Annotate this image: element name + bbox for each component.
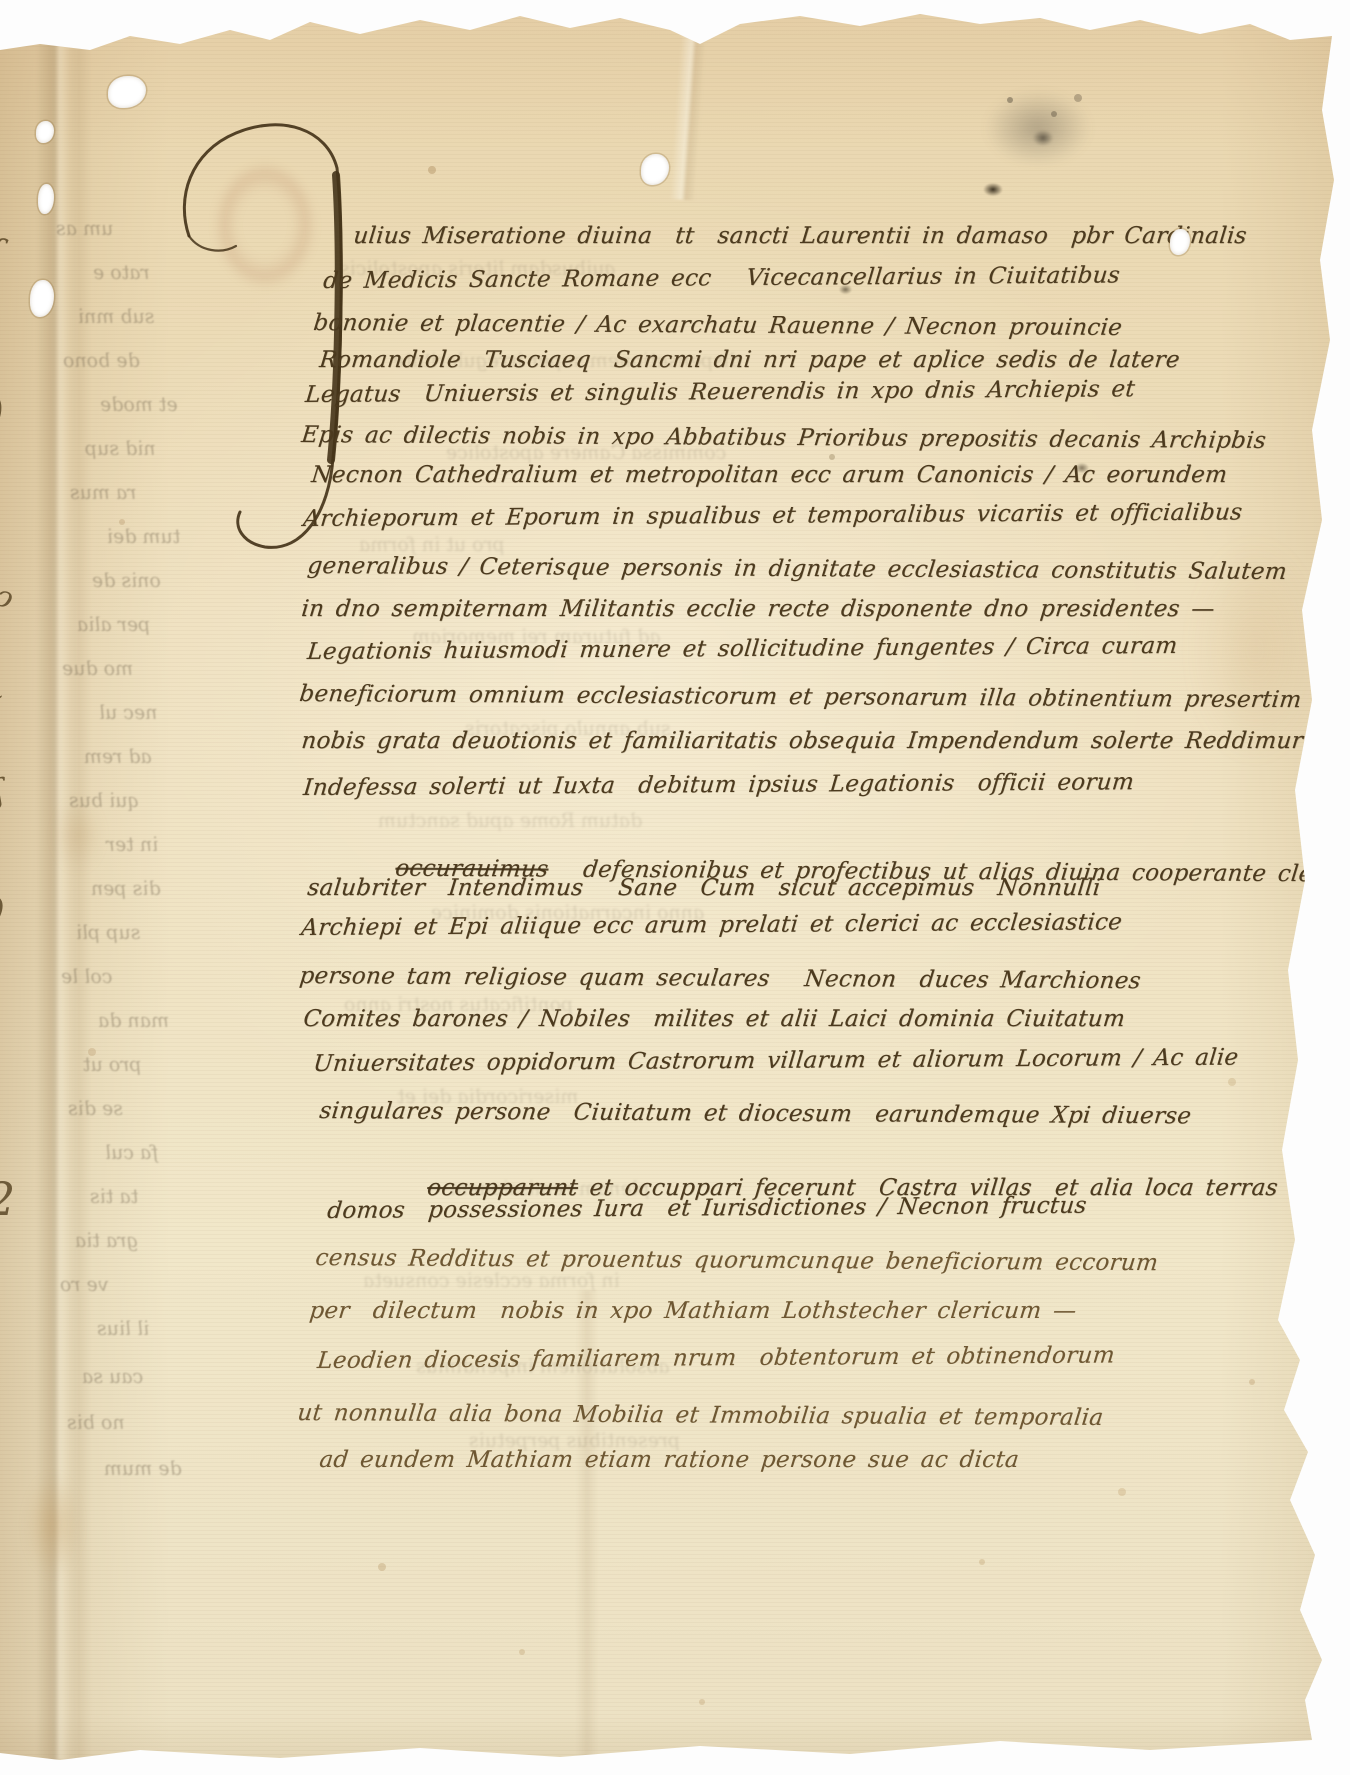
foxing-specks bbox=[0, 0, 4, 4]
manuscript-line: nobis grata deuotionis et familiaritatis… bbox=[300, 728, 1304, 755]
manuscript-line: Leodien diocesis familiarem nrum obtento… bbox=[316, 1342, 1116, 1375]
manuscript-line: beneficiorum omnium ecclesiasticorum et … bbox=[298, 681, 1303, 714]
manuscript-line: Necnon Cathedralium et metropolitan ecc … bbox=[310, 462, 1229, 489]
scanned-manuscript-page: um asrato esub mnide bonoet modenid supr… bbox=[0, 0, 1350, 1775]
manuscript-line: singulares persone Ciuitatum et diocesum… bbox=[318, 1098, 1193, 1130]
parchment-page: um asrato esub mnide bonoet modenid supr… bbox=[0, 0, 1350, 1775]
manuscript-line: ad eundem Mathiam etiam ratione persone … bbox=[318, 1447, 1020, 1474]
manuscript-line: Uniuersitates oppidorum Castrorum villar… bbox=[312, 1045, 1240, 1078]
manuscript-line: salubriter Intendimus Sane Cum sicut acc… bbox=[306, 875, 1102, 902]
ink-blot bbox=[838, 284, 853, 295]
manuscript-line: Comites barones / Nobiles milites et ali… bbox=[302, 1006, 1126, 1033]
ink-blot bbox=[1074, 462, 1090, 474]
manuscript-line: Indefessa solerti ut Iuxta debitum ipsiu… bbox=[302, 769, 1135, 802]
manuscript-line: de Medicis Sancte Romane ecc Vicecancell… bbox=[322, 262, 1121, 295]
manuscript-line: occurauimus defensionibus et profectibus… bbox=[298, 828, 1350, 916]
ink-blot bbox=[982, 182, 1004, 197]
manuscript-line: per dilectum nobis in xpo Mathiam Lothst… bbox=[308, 1298, 1078, 1325]
manuscript-line: Romandiole Tusciaeq Sancmi dni nri pape … bbox=[318, 347, 1181, 374]
manuscript-text: ulius Miseratione diuina tt sancti Laure… bbox=[0, 0, 1350, 1775]
manuscript-line: Archieporum et Eporum in spualibus et te… bbox=[302, 499, 1244, 533]
manuscript-line: bononie et placentie / Ac exarchatu Raue… bbox=[312, 310, 1123, 342]
manuscript-line: Epis ac dilectis nobis in xpo Abbatibus … bbox=[300, 422, 1267, 455]
manuscript-line: domos possessiones Iura et Iurisdictione… bbox=[326, 1193, 1088, 1225]
manuscript-line: census Redditus et prouentus quorumcunqu… bbox=[314, 1245, 1160, 1277]
manuscript-line: Archiepi et Epi aliique ecc arum prelati… bbox=[300, 909, 1123, 942]
manuscript-line: Legatus Uniuersis et singulis Reuerendis… bbox=[304, 376, 1136, 409]
manuscript-line: in dno sempiternam Militantis ecclie rec… bbox=[300, 596, 1216, 623]
manuscript-line: persone tam religiose quam seculares Nec… bbox=[298, 963, 1142, 995]
manuscript-line: ulius Miseratione diuina tt sancti Laure… bbox=[352, 223, 1248, 250]
manuscript-line: generalibus / Ceterisque personis in dig… bbox=[306, 553, 1288, 586]
manuscript-line: Legationis huiusmodi munere et sollicitu… bbox=[306, 633, 1179, 666]
manuscript-line: ut nonnulla alia bona Mobilia et Immobil… bbox=[296, 1400, 1105, 1432]
